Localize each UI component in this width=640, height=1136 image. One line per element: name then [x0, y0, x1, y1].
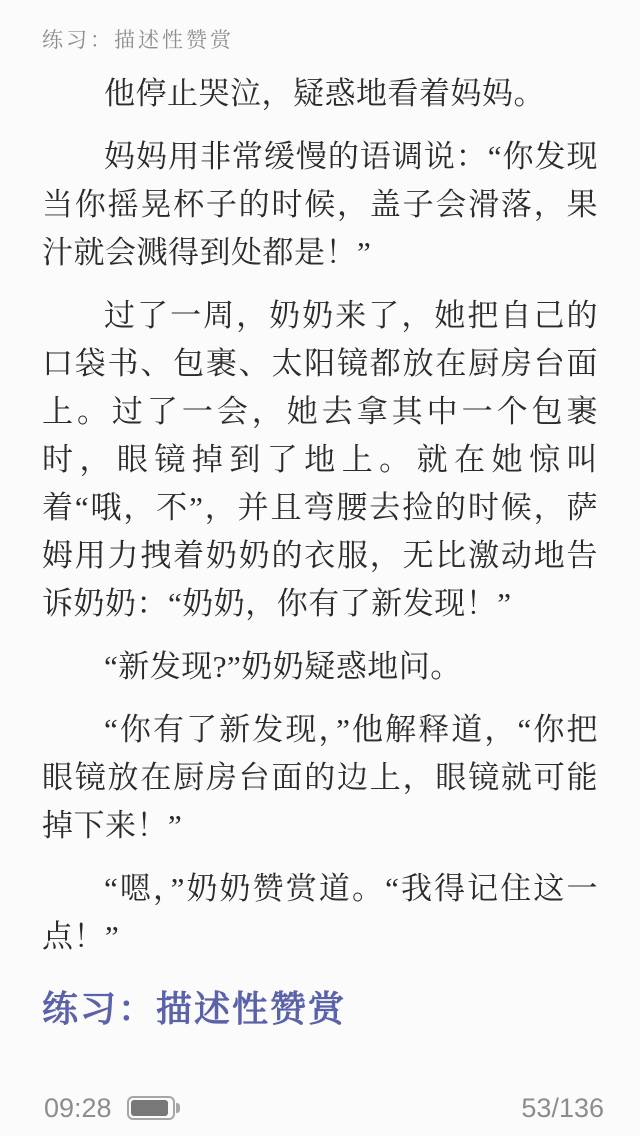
page-indicator: 53/136 [521, 1093, 604, 1124]
status-left: 09:28 [44, 1093, 175, 1124]
paragraph: 他停止哭泣，疑惑地看着妈妈。 [42, 70, 598, 118]
paragraph: “新发现?”奶奶疑惑地问。 [42, 643, 598, 691]
section-heading: 练习：描述性赞赏 [42, 981, 598, 1032]
status-bar: 09:28 53/136 [0, 1092, 640, 1124]
clock-time: 09:28 [44, 1093, 112, 1124]
reading-area[interactable]: 练习：描述性赞赏 他停止哭泣，疑惑地看着妈妈。 妈妈用非常缓慢的语调说：“你发现… [0, 0, 640, 1084]
paragraph: 过了一周，奶奶来了，她把自己的口袋书、包裹、太阳镜都放在厨房台面上。过了一会，她… [42, 292, 598, 628]
paragraph: “你有了新发现，”他解释道，“你把眼镜放在厨房台面的边上，眼镜就可能掉下来！” [42, 706, 598, 850]
paragraph: “嗯，”奶奶赞赏道。“我得记住这一点！” [42, 865, 598, 961]
reader-page: 练习：描述性赞赏 他停止哭泣，疑惑地看着妈妈。 妈妈用非常缓慢的语调说：“你发现… [0, 0, 640, 1136]
battery-fill [131, 1100, 168, 1116]
chapter-header: 练习：描述性赞赏 [42, 24, 598, 54]
battery-nub [176, 1103, 180, 1113]
book-content: 他停止哭泣，疑惑地看着妈妈。 妈妈用非常缓慢的语调说：“你发现当你摇晃杯子的时候… [42, 70, 598, 961]
paragraph: 妈妈用非常缓慢的语调说：“你发现当你摇晃杯子的时候，盖子会滑落，果汁就会溅得到处… [42, 133, 598, 277]
battery-icon [127, 1096, 175, 1120]
